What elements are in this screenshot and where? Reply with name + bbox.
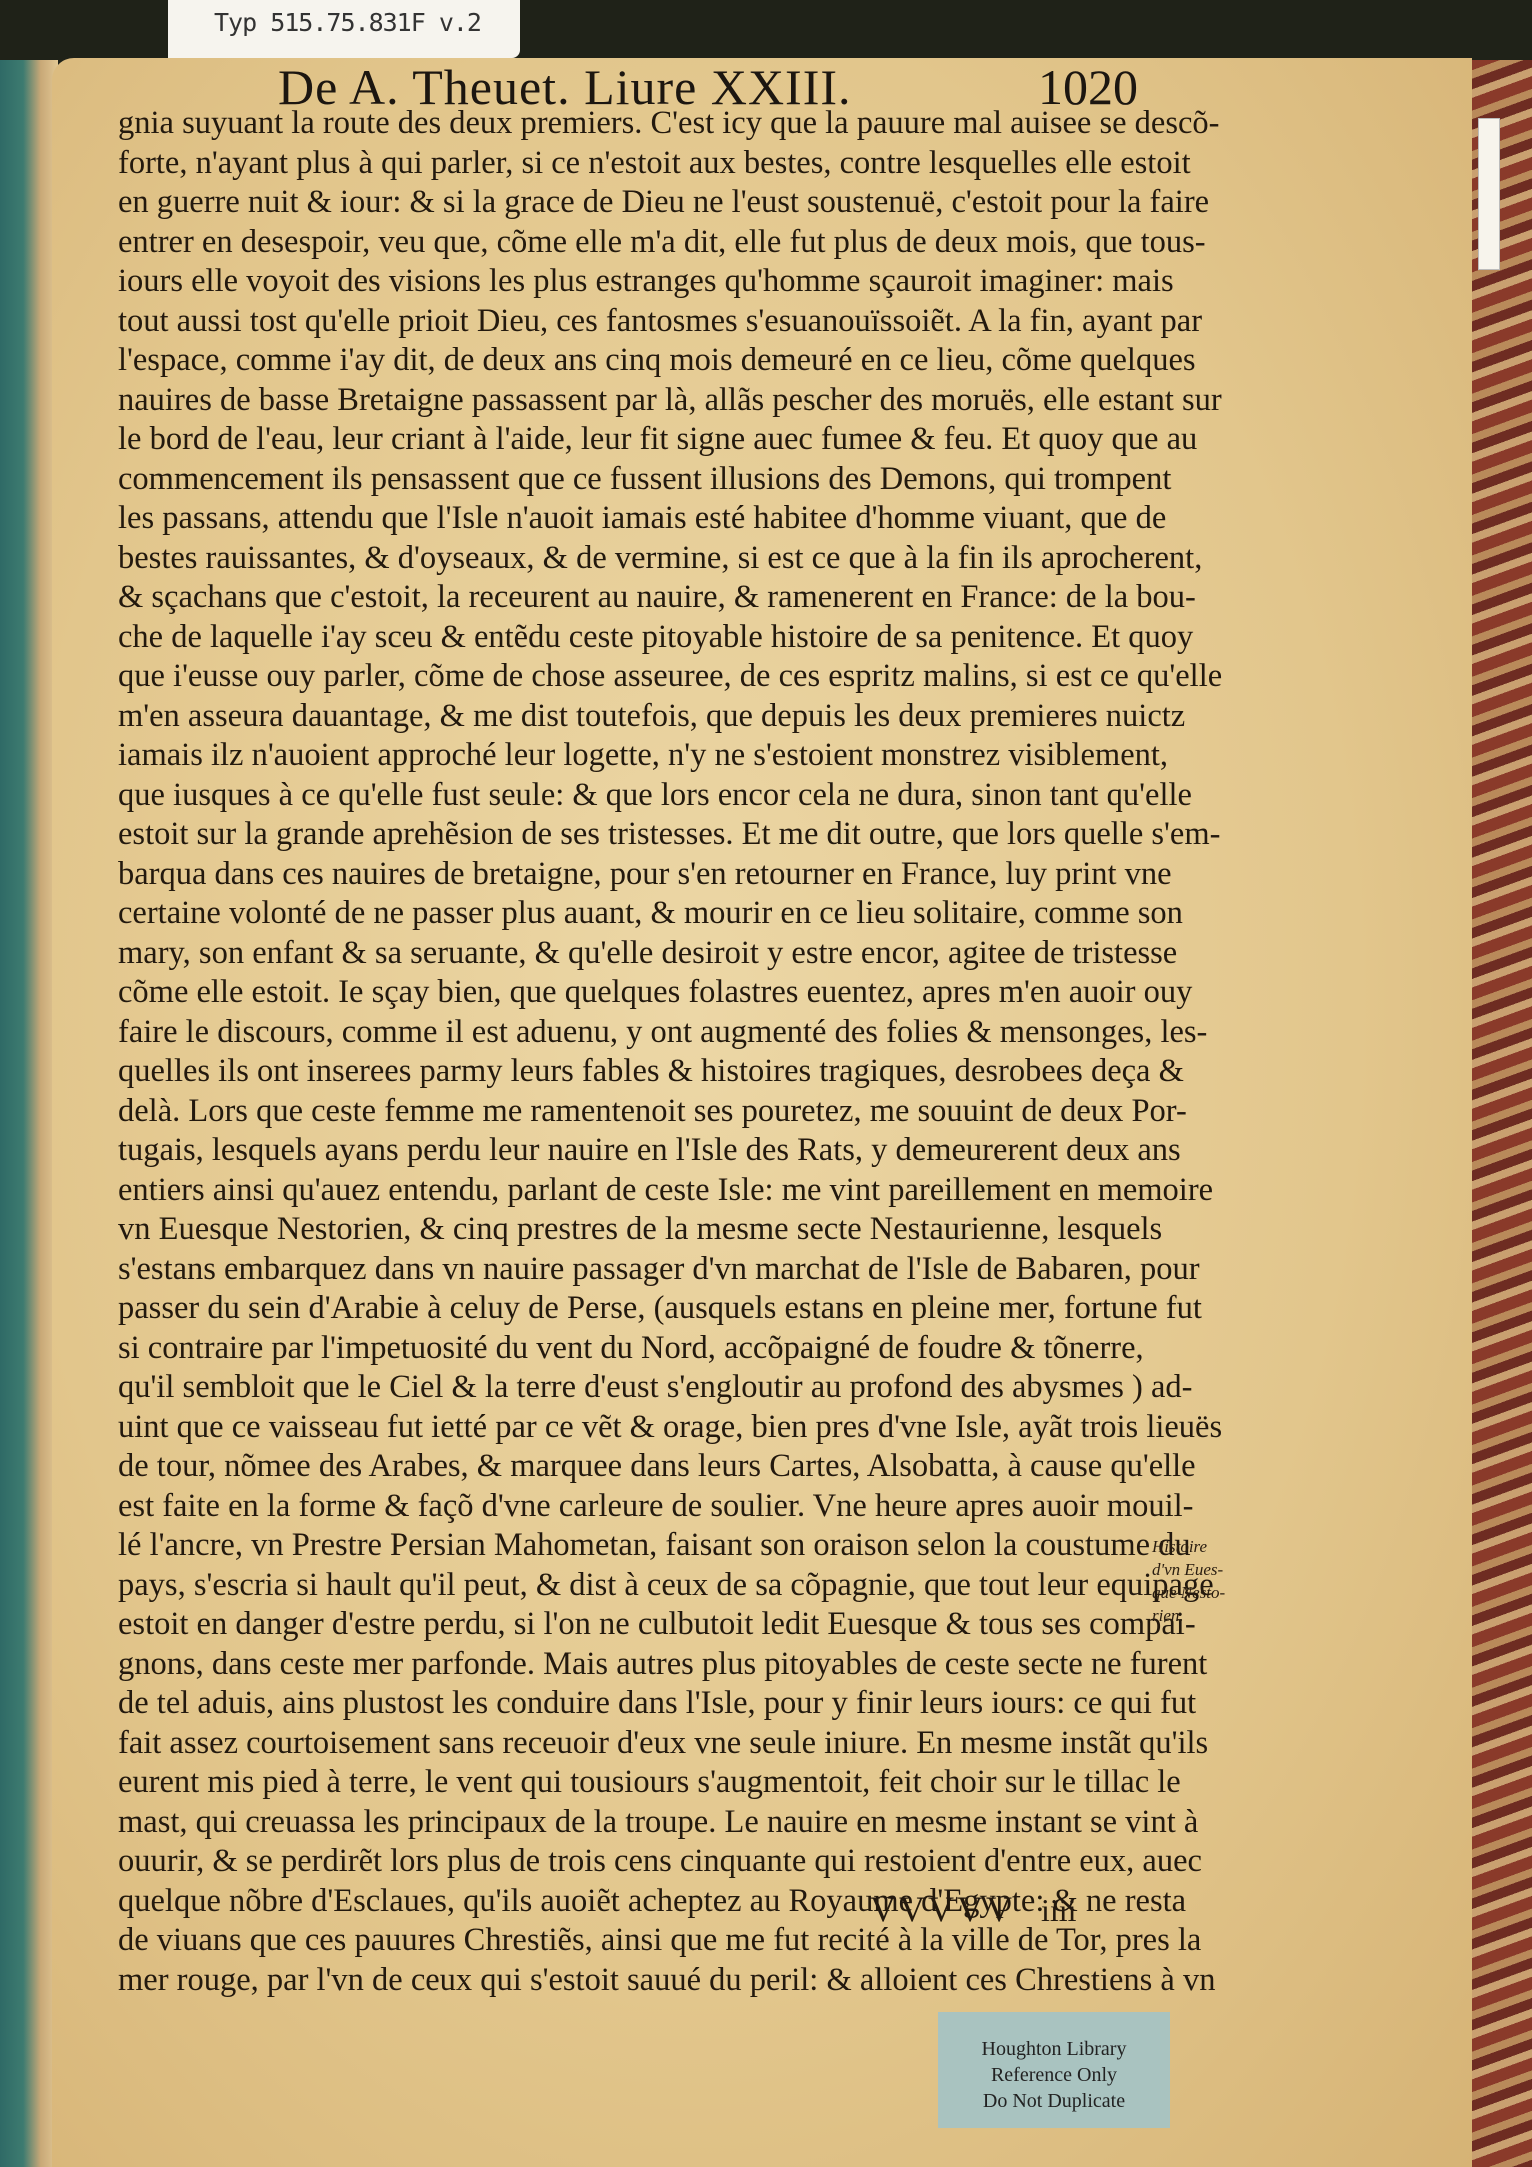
text-line: & sçachans que c'estoit, la receurent au…	[118, 578, 1143, 618]
body-text: gnia suyuant la route des deux premiers.…	[118, 104, 1143, 2000]
text-line: che de laquelle i'ay sceu & entẽdu ceste…	[118, 618, 1143, 658]
text-line: l'espace, comme i'ay dit, de deux ans ci…	[118, 341, 1143, 381]
text-line: que i'eusse ouy parler, cõme de chose as…	[118, 657, 1143, 697]
text-line: mary, son enfant & sa seruante, & qu'ell…	[118, 934, 1143, 974]
signature-leaf: iiii	[1041, 1892, 1077, 1928]
signature-letters: VVVVV	[870, 1889, 1015, 1929]
text-line: mer rouge, par l'vn de ceux qui s'estoit…	[118, 1961, 1143, 2001]
text-line: certaine volonté de ne passer plus auant…	[118, 894, 1143, 934]
marginal-note-line: Histoire	[1152, 1535, 1242, 1558]
text-line: tugais, lesquels ayans perdu leur nauire…	[118, 1131, 1143, 1171]
text-line: faire le discours, comme il est aduenu, …	[118, 1013, 1143, 1053]
text-line: passer du sein d'Arabie à celuy de Perse…	[118, 1289, 1143, 1329]
text-line: tout aussi tost qu'elle prioit Dieu, ces…	[118, 302, 1143, 342]
stamp-line: Reference Only	[938, 2062, 1170, 2088]
book-binding-left-edge	[0, 60, 58, 2167]
text-line: estoit sur la grande aprehẽsion de ses t…	[118, 815, 1143, 855]
text-line: si contraire par l'impetuosité du vent d…	[118, 1329, 1143, 1369]
text-line: entrer en desespoir, veu que, cõme elle …	[118, 223, 1143, 263]
text-line: m'en asseura dauantage, & me dist toutef…	[118, 697, 1143, 737]
text-line: les passans, attendu que l'Isle n'auoit …	[118, 499, 1143, 539]
text-line: de tour, nõmee des Arabes, & marquee dan…	[118, 1447, 1143, 1487]
text-line: mast, qui creuassa les principaux de la …	[118, 1803, 1143, 1843]
page-marker-tab	[1478, 118, 1500, 270]
marginal-note: Histoired'vn Eues-que Nesto-rien.	[1152, 1535, 1242, 1627]
text-line: barqua dans ces nauires de bretaigne, po…	[118, 855, 1143, 895]
text-line: en guerre nuit & iour: & si la grace de …	[118, 183, 1143, 223]
text-line: gnia suyuant la route des deux premiers.…	[118, 104, 1143, 144]
text-line: estoit en danger d'estre perdu, si l'on …	[118, 1605, 1143, 1645]
marginal-note-line: d'vn Eues-	[1152, 1558, 1242, 1581]
text-line: le bord de l'eau, leur criant à l'aide, …	[118, 420, 1143, 460]
text-line: vn Euesque Nestorien, & cinq prestres de…	[118, 1210, 1143, 1250]
call-number-text: Typ 515.75.831F v.2	[214, 8, 481, 37]
text-line: nauires de basse Bretaigne passassent pa…	[118, 381, 1143, 421]
text-line: que iusques à ce qu'elle fust seule: & q…	[118, 776, 1143, 816]
library-stamp: Houghton Library Reference Only Do Not D…	[938, 2012, 1170, 2128]
text-line: iamais ilz n'auoient approché leur loget…	[118, 736, 1143, 776]
text-line: eurent mis pied à terre, le vent qui tou…	[118, 1763, 1143, 1803]
text-line: forte, n'ayant plus à qui parler, si ce …	[118, 144, 1143, 184]
marginal-note-line: que Nesto-	[1152, 1581, 1242, 1604]
text-line: fait assez courtoisement sans receuoir d…	[118, 1724, 1143, 1764]
call-number-slip: Typ 515.75.831F v.2	[168, 0, 520, 58]
text-line: s'estans embarquez dans vn nauire passag…	[118, 1250, 1143, 1290]
text-line: iours elle voyoit des visions les plus e…	[118, 262, 1143, 302]
signature-mark: VVVVViiii	[870, 1888, 1077, 1930]
stamp-line: Houghton Library	[938, 2036, 1170, 2062]
text-line: est faite en la forme & façõ d'vne carle…	[118, 1487, 1143, 1527]
marginal-note-line: rien.	[1152, 1604, 1242, 1627]
text-line: delà. Lors que ceste femme me ramentenoi…	[118, 1092, 1143, 1132]
text-line: ouurir, & se perdirẽt lors plus de trois…	[118, 1842, 1143, 1882]
text-line: qu'il sembloit que le Ciel & la terre d'…	[118, 1368, 1143, 1408]
stamp-line: Do Not Duplicate	[938, 2088, 1170, 2114]
text-line: uint que ce vaisseau fut ietté par ce vẽ…	[118, 1408, 1143, 1448]
text-line: lé l'ancre, vn Prestre Persian Mahometan…	[118, 1526, 1143, 1566]
text-line: cõme elle estoit. Ie sçay bien, que quel…	[118, 973, 1143, 1013]
text-line: commencement ils pensassent que ce fusse…	[118, 460, 1143, 500]
text-line: bestes rauissantes, & d'oyseaux, & de ve…	[118, 539, 1143, 579]
text-line: de tel aduis, ains plustost les conduire…	[118, 1684, 1143, 1724]
text-line: entiers ainsi qu'auez entendu, parlant d…	[118, 1171, 1143, 1211]
text-line: gnons, dans ceste mer parfonde. Mais aut…	[118, 1645, 1143, 1685]
text-line: pays, s'escria si hault qu'il peut, & di…	[118, 1566, 1143, 1606]
text-line: quelles ils ont inserees parmy leurs fab…	[118, 1052, 1143, 1092]
marbled-endpaper	[1465, 60, 1532, 2167]
